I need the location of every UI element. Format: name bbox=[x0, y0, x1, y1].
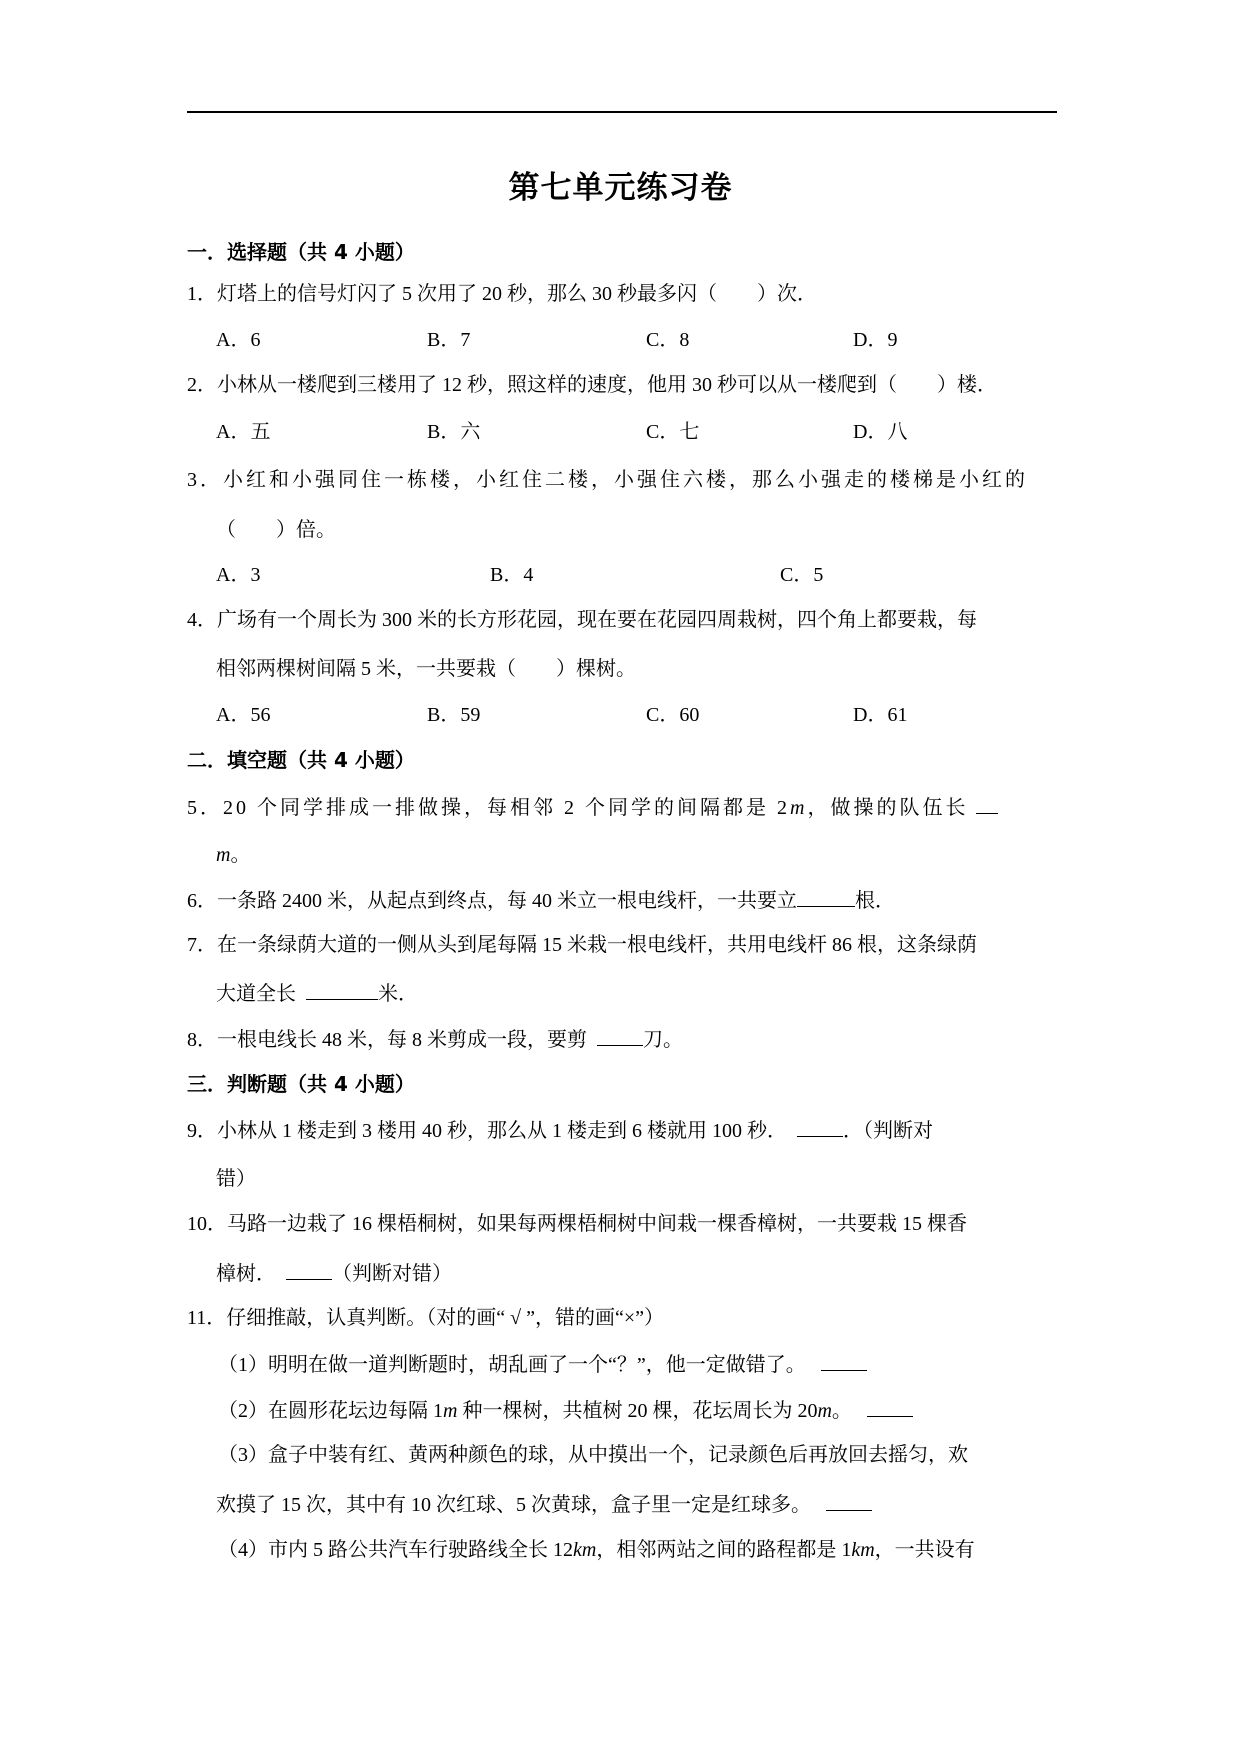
q5-end: 。 bbox=[230, 844, 250, 866]
q8-text-a: 8．一根电线长 48 米，每 8 米剪成一段，要剪 bbox=[187, 1029, 587, 1051]
question-4-text: 4．广场有一个周长为 300 米的长方形花园，现在要在花园四周栽树，四个角上都要… bbox=[187, 608, 977, 632]
q7-answer-blank[interactable] bbox=[306, 981, 378, 1000]
q7-text-b: 大道全长 bbox=[216, 983, 296, 1005]
question-5-text: 5．20 个同学排成一排做操，每相邻 2 个同学的间隔都是 2m，做操的队伍长 bbox=[187, 795, 998, 820]
q11-sub3-blank[interactable] bbox=[826, 1492, 872, 1511]
question-8-text: 8．一根电线长 48 米，每 8 米剪成一段，要剪 刀。 bbox=[187, 1027, 683, 1052]
q4-option-c: C．60 bbox=[646, 703, 699, 727]
q3-option-c: C．5 bbox=[780, 563, 823, 587]
section-heading-choice: 一．选择题（共 4 小题） bbox=[187, 240, 415, 264]
q11-sub1-text: （1）明明在做一道判断题时，胡乱画了一个“？”，他一定做错了。 bbox=[218, 1354, 806, 1376]
question-9-text-cont: 错） bbox=[216, 1167, 256, 1191]
q5-text-a2: ，做操的队伍长 bbox=[807, 797, 968, 819]
q5-unit: m bbox=[790, 797, 807, 819]
question-9-text: 9．小林从 1 楼走到 3 楼用 40 秒，那么从 1 楼走到 6 楼就用 10… bbox=[187, 1118, 933, 1143]
question-11-text: 11．仔细推敲，认真判断。（对的画“ √ ”，错的画“×”） bbox=[187, 1306, 664, 1330]
q9-answer-blank[interactable] bbox=[797, 1118, 843, 1137]
q2-option-b: B．六 bbox=[427, 420, 480, 444]
question-7-text: 7．在一条绿荫大道的一侧从头到尾每隔 15 米栽一根电线杆，共用电线杆 86 根… bbox=[187, 933, 977, 957]
q10-text-b: 樟树． bbox=[216, 1263, 276, 1285]
q11-sub-1: （1）明明在做一道判断题时，胡乱画了一个“？”，他一定做错了。 bbox=[218, 1352, 867, 1377]
q11-sub-2: （2）在圆形花坛边每隔 1m 种一棵树，共植树 20 棵，花坛周长为 20m。 bbox=[218, 1398, 913, 1423]
q4-option-b: B．59 bbox=[427, 703, 480, 727]
q5-answer-blank[interactable] bbox=[976, 795, 998, 814]
q11-sub2-unit1: m bbox=[443, 1400, 457, 1422]
q6-text-a: 6．一条路 2400 米，从起点到终点，每 40 米立一根电线杆，一共要立 bbox=[187, 890, 797, 912]
question-10-text-cont: 樟树． （判断对错） bbox=[216, 1261, 452, 1286]
q2-option-d: D．八 bbox=[853, 420, 907, 444]
q2-option-c: C．七 bbox=[646, 420, 699, 444]
question-6-text: 6．一条路 2400 米，从起点到终点，每 40 米立一根电线杆，一共要立根． bbox=[187, 888, 895, 913]
q7-end: 米． bbox=[378, 983, 418, 1005]
q6-end: 根． bbox=[855, 890, 895, 912]
q11-sub4-unit1: km bbox=[573, 1539, 596, 1561]
q4-option-a: A．56 bbox=[216, 703, 270, 727]
q11-sub-3: （3）盒子中装有红、黄两种颜色的球，从中摸出一个，记录颜色后再放回去摇匀，欢 bbox=[218, 1443, 968, 1467]
q11-sub-4: （4）市内 5 路公共汽车行驶路线全长 12km，相邻两站之间的路程都是 1km… bbox=[218, 1538, 975, 1562]
question-4-text-cont: 相邻两棵树间隔 5 米，一共要栽（ ）棵树。 bbox=[216, 657, 636, 681]
q2-option-a: A．五 bbox=[216, 420, 270, 444]
question-3-text: 3．小红和小强同住一栋楼，小红住二楼，小强住六楼，那么小强走的楼梯是小红的 bbox=[187, 468, 1028, 492]
question-3-text-cont: （ ）倍。 bbox=[216, 518, 336, 542]
q11-sub4-unit2: km bbox=[851, 1539, 874, 1561]
q11-sub2-a: （2）在圆形花坛边每隔 1 bbox=[218, 1400, 443, 1422]
q9-end: ．（判断对 bbox=[843, 1120, 933, 1142]
q5-unit-b: m bbox=[216, 844, 230, 866]
question-10-text: 10．马路一边栽了 16 棵梧桐树，如果每两棵梧桐树中间栽一棵香樟树，一共要栽 … bbox=[187, 1212, 967, 1236]
q11-sub-3-cont: 欢摸了 15 次，其中有 10 次红球、5 次黄球，盒子里一定是红球多。 bbox=[216, 1492, 872, 1517]
q8-end: 刀。 bbox=[643, 1029, 683, 1051]
q1-option-c: C．8 bbox=[646, 328, 689, 352]
q6-answer-blank[interactable] bbox=[797, 888, 855, 907]
section-heading-fill: 二．填空题（共 4 小题） bbox=[187, 748, 415, 772]
q1-option-a: A．6 bbox=[216, 328, 260, 352]
header-rule bbox=[187, 111, 1057, 113]
q3-option-a: A．3 bbox=[216, 563, 260, 587]
q10-end: （判断对错） bbox=[332, 1263, 452, 1285]
q1-option-d: D．9 bbox=[853, 328, 897, 352]
question-7-text-cont: 大道全长 米． bbox=[216, 981, 418, 1006]
q11-sub4-a: （4）市内 5 路公共汽车行驶路线全长 12 bbox=[218, 1539, 573, 1561]
q11-sub4-b: ，相邻两站之间的路程都是 1 bbox=[596, 1539, 851, 1561]
q11-sub2-unit2: m bbox=[817, 1400, 831, 1422]
q4-option-d: D．61 bbox=[853, 703, 907, 727]
question-5-text-cont: m。 bbox=[216, 843, 250, 867]
q10-answer-blank[interactable] bbox=[286, 1261, 332, 1280]
question-1-text: 1．灯塔上的信号灯闪了 5 次用了 20 秒，那么 30 秒最多闪（ ）次． bbox=[187, 282, 817, 306]
question-2-text: 2．小林从一楼爬到三楼用了 12 秒，照这样的速度，他用 30 秒可以从一楼爬到… bbox=[187, 373, 997, 397]
q11-sub1-blank[interactable] bbox=[821, 1352, 867, 1371]
q5-text-a: 5．20 个同学排成一排做操，每相邻 2 个同学的间隔都是 2 bbox=[187, 797, 790, 819]
section-heading-judge: 三．判断题（共 4 小题） bbox=[187, 1072, 415, 1096]
q11-sub4-c: ，一共设有 bbox=[875, 1539, 975, 1561]
q11-sub2-b: 种一棵树，共植树 20 棵，花坛周长为 20 bbox=[457, 1400, 817, 1422]
q3-option-b: B．4 bbox=[490, 563, 533, 587]
q11-sub2-c: 。 bbox=[832, 1400, 852, 1422]
q11-sub3-b: 欢摸了 15 次，其中有 10 次红球、5 次黄球，盒子里一定是红球多。 bbox=[216, 1494, 811, 1516]
q9-text-a: 9．小林从 1 楼走到 3 楼用 40 秒，那么从 1 楼走到 6 楼就用 10… bbox=[187, 1120, 787, 1142]
page-title: 第七单元练习卷 bbox=[0, 162, 1241, 207]
q1-option-b: B．7 bbox=[427, 328, 470, 352]
q8-answer-blank[interactable] bbox=[597, 1027, 643, 1046]
q11-sub2-blank[interactable] bbox=[867, 1398, 913, 1417]
